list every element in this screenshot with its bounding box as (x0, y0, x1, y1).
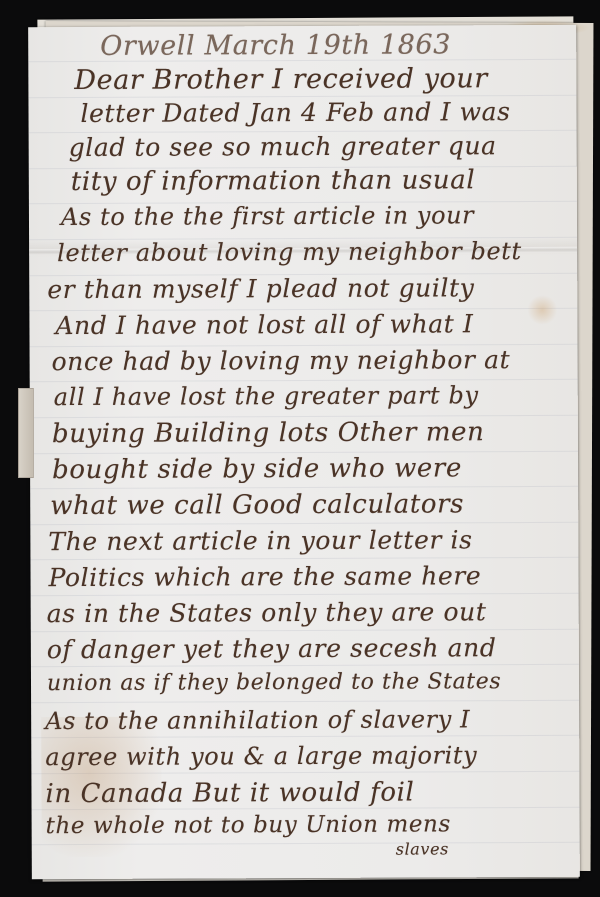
handwritten-line: agree with you & a large majority (45, 741, 477, 771)
ruled-line (31, 593, 579, 596)
handwritten-line: what we call Good calculators (50, 489, 464, 521)
handwritten-line: as in the States only they are out (47, 597, 487, 628)
ruled-line (30, 522, 578, 525)
handwritten-line: slaves (396, 839, 449, 858)
handwritten-line: letter Dated Jan 4 Feb and I was (80, 97, 510, 128)
handwritten-line: The next article in your letter is (48, 525, 472, 556)
handwritten-line: in Canada But it would foil (45, 778, 414, 810)
handwritten-line: Politics which are the same here (48, 561, 481, 592)
handwritten-line: As to the annihilation of slavery I (45, 705, 470, 735)
ruled-line (31, 700, 579, 703)
handwritten-line: Orwell March 19th 1863 (100, 29, 451, 62)
scanned-letter-stage: Orwell March 19th 1863Dear Brother I rec… (0, 0, 600, 897)
paper-tab (18, 388, 34, 478)
handwritten-line: letter about loving my neighbor bett (57, 237, 522, 267)
handwritten-line: er than myself I plead not guilty (47, 273, 474, 304)
ruled-line (31, 628, 579, 631)
letter-page: Orwell March 19th 1863Dear Brother I rec… (28, 25, 580, 879)
handwritten-line: once had by loving my neighbor at (52, 345, 511, 376)
handwritten-line: As to the the first article in your (61, 201, 474, 231)
ruled-line (30, 557, 578, 560)
handwritten-line: Dear Brother I received your (74, 63, 488, 96)
ink-stain (527, 295, 557, 325)
handwritten-line: tity of information than usual (71, 165, 476, 197)
handwritten-line: all I have lost the greater part by (54, 381, 479, 411)
handwritten-line: union as if they belonged to the States (47, 669, 501, 696)
handwritten-line: glad to see so much greater qua (69, 131, 497, 162)
handwritten-line: bought side by side who were (52, 453, 462, 485)
handwritten-line: of danger yet they are secesh and (47, 633, 497, 664)
handwritten-line: the whole not to buy Union mens (46, 811, 451, 839)
handwritten-line: buying Building lots Other men (52, 417, 485, 449)
ruled-line (30, 486, 578, 489)
handwritten-line: And I have not lost all of what I (55, 309, 473, 340)
ruled-line (31, 664, 579, 667)
